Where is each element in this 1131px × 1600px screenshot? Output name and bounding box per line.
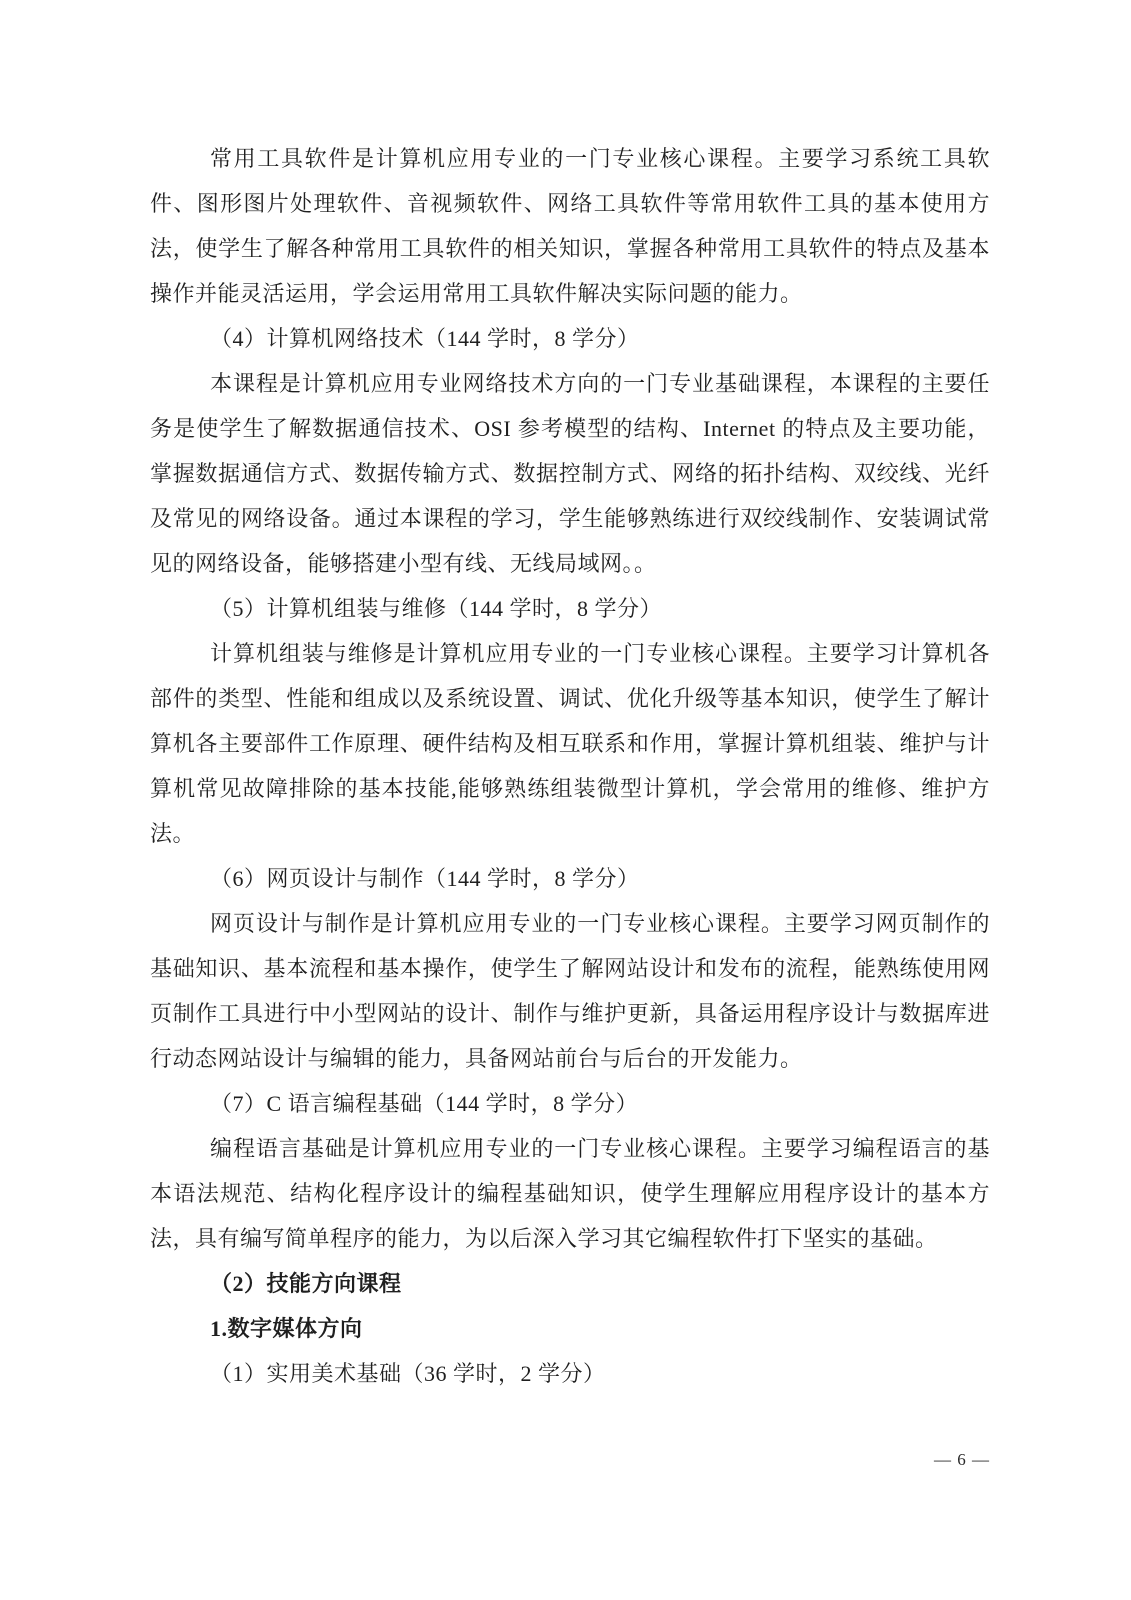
paragraph-computer-network: 本课程是计算机应用专业网络技术方向的一门专业基础课程，本课程的主要任务是使学生了… xyxy=(150,361,990,586)
section-heading-skill-direction-courses: （2）技能方向课程 xyxy=(150,1261,990,1306)
section-heading-digital-media-direction: 1.数字媒体方向 xyxy=(150,1306,990,1351)
page-number: — 6 — xyxy=(934,1448,990,1472)
course-heading-c-programming: （7）C 语言编程基础（144 学时，8 学分） xyxy=(150,1081,990,1126)
course-heading-assembly-maintenance: （5）计算机组装与维修（144 学时，8 学分） xyxy=(150,586,990,631)
course-heading-practical-art-basics: （1）实用美术基础（36 学时，2 学分） xyxy=(150,1351,990,1396)
paragraph-common-tools-software: 常用工具软件是计算机应用专业的一门专业核心课程。主要学习系统工具软件、图形图片处… xyxy=(150,136,990,316)
document-body: 常用工具软件是计算机应用专业的一门专业核心课程。主要学习系统工具软件、图形图片处… xyxy=(150,136,990,1396)
paragraph-assembly-maintenance: 计算机组装与维修是计算机应用专业的一门专业核心课程。主要学习计算机各部件的类型、… xyxy=(150,631,990,856)
paragraph-c-programming: 编程语言基础是计算机应用专业的一门专业核心课程。主要学习编程语言的基本语法规范、… xyxy=(150,1126,990,1261)
course-heading-computer-network: （4）计算机网络技术（144 学时，8 学分） xyxy=(150,316,990,361)
document-page: 常用工具软件是计算机应用专业的一门专业核心课程。主要学习系统工具软件、图形图片处… xyxy=(0,0,1131,1600)
course-heading-web-design: （6）网页设计与制作（144 学时，8 学分） xyxy=(150,856,990,901)
paragraph-web-design: 网页设计与制作是计算机应用专业的一门专业核心课程。主要学习网页制作的基础知识、基… xyxy=(150,901,990,1081)
